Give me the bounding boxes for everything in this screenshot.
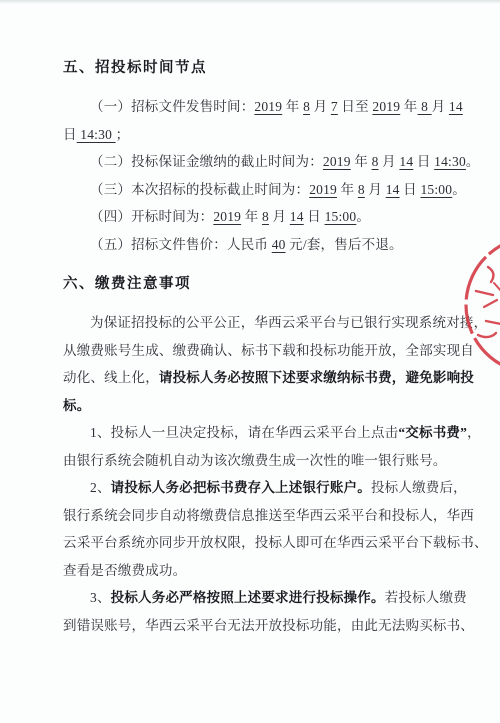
- doc-text: 银行系统会同步自动将缴费信息推送至华西云采平台和投标人，华西: [63, 508, 474, 523]
- doc-text: 日: [304, 209, 325, 224]
- doc-text: 月: [269, 209, 290, 224]
- doc-text: 为保证招投标的公平公正，华西云采平台与已银行实现系统对接，: [90, 315, 487, 330]
- doc-text: “交标书费”: [398, 425, 467, 440]
- filled-in-value: 15:00: [420, 182, 452, 197]
- doc-line: 到错误账号，华西云采平台无法开放投标功能，由此无法购买标书、: [63, 612, 472, 640]
- filled-in-value: 7: [331, 99, 338, 114]
- doc-text: （三）本次招标的投标截止时间为：: [90, 182, 309, 197]
- doc-text: 由银行系统会随机自动为该次缴费生成一次性的唯一银行账号。: [63, 453, 447, 468]
- doc-line: 1、投标人一旦决定投标，请在华西云采平台上点击“交标书费”，: [63, 419, 472, 447]
- doc-text: 元/套，售后不退。: [286, 237, 403, 252]
- filled-in-value: 8: [418, 99, 432, 114]
- document-section: 五、招投标时间节点（一）招标文件发售时间：2019 年 8 月 7 日至 201…: [63, 56, 472, 258]
- scan-edge-artifact: [0, 0, 500, 4]
- doc-line: （一）招标文件发售时间：2019 年 8 月 7 日至 2019 年 8 月 1…: [63, 93, 472, 121]
- doc-line: 日 14:30 ；: [63, 121, 472, 149]
- doc-text: （五）招标文件售价：人民币: [90, 237, 272, 252]
- doc-line: 查看是否缴费成功。: [63, 557, 472, 585]
- doc-text: 云采平台系统亦同步开放权限，投标人即可在华西云采平台下载标书、: [63, 535, 488, 550]
- doc-text: 日: [63, 127, 77, 142]
- doc-line: 由银行系统会随机自动为该次缴费生成一次性的唯一银行账号。: [63, 447, 472, 475]
- doc-text: ；: [116, 127, 130, 142]
- scanned-document-page: 五、招投标时间节点（一）招标文件发售时间：2019 年 8 月 7 日至 201…: [0, 0, 500, 723]
- section-heading: 五、招投标时间节点: [63, 56, 472, 77]
- doc-text: （一）招标文件发售时间：: [90, 99, 254, 114]
- filled-in-value: 8: [262, 209, 269, 224]
- filled-in-value: 14: [290, 209, 304, 224]
- doc-text: 投标人缴费后，: [371, 480, 467, 495]
- doc-line: 从缴费账号生成、缴费确认、标书下载和投标功能开放，全部实现自: [63, 337, 472, 365]
- doc-text: 月: [432, 99, 449, 114]
- doc-line: （四）开标时间为：2019 年 8 月 14 日 15:00。: [63, 203, 472, 231]
- filled-in-value: 14: [449, 99, 463, 114]
- doc-text: 1、投标人一旦决定投标，请在华西云采平台上点击: [90, 425, 398, 440]
- doc-text: 查看是否缴费成功。: [63, 563, 186, 578]
- doc-line: 为保证招投标的公平公正，华西云采平台与已银行实现系统对接，: [63, 309, 472, 337]
- doc-text: 投标人务必严格按照上述要求进行投标操作。: [111, 590, 385, 605]
- doc-line: 云采平台系统亦同步开放权限，投标人即可在华西云采平台下载标书、: [63, 529, 472, 557]
- doc-text: 若投标人缴费: [385, 590, 467, 605]
- doc-text: 从缴费账号生成、缴费确认、标书下载和投标功能开放，全部实现自: [63, 343, 474, 358]
- doc-text: 。: [356, 209, 370, 224]
- doc-text: 日: [400, 182, 421, 197]
- doc-line: 标。: [63, 392, 472, 420]
- doc-text: 月: [379, 154, 400, 169]
- doc-line: （三）本次招标的投标截止时间为：2019 年 8 月 14 日 15:00。: [63, 176, 472, 204]
- filled-in-value: 14:30: [77, 127, 116, 142]
- doc-text: 请投标人务必按照下述要求缴纳标书费，避免影响投: [159, 370, 474, 385]
- filled-in-value: 2019: [213, 209, 241, 224]
- doc-text: 。: [466, 154, 480, 169]
- doc-line: （五）招标文件售价：人民币 40 元/套，售后不退。: [63, 231, 472, 259]
- filled-in-value: 8: [358, 182, 365, 197]
- doc-text: 年: [241, 209, 262, 224]
- doc-line: 银行系统会同步自动将缴费信息推送至华西云采平台和投标人，华西: [63, 502, 472, 530]
- doc-text: 3、: [90, 590, 111, 605]
- doc-text: （四）开标时间为：: [90, 209, 213, 224]
- doc-line: 动化、线上化，请投标人务必按照下述要求缴纳标书费，避免影响投: [63, 364, 472, 392]
- doc-text: 年: [351, 154, 372, 169]
- doc-text: 月: [310, 99, 331, 114]
- filled-in-value: 40: [272, 237, 286, 252]
- doc-text: 标。: [63, 398, 90, 413]
- filled-in-value: 8: [303, 99, 310, 114]
- doc-text: （二）投标保证金缴纳的截止时间为：: [90, 154, 323, 169]
- filled-in-value: 15:00: [325, 209, 357, 224]
- filled-in-value: 2019: [309, 182, 337, 197]
- doc-text: 请投标人务必把标书费存入上述银行账户。: [111, 480, 371, 495]
- doc-text: 年: [282, 99, 303, 114]
- doc-text: 日至: [338, 99, 373, 114]
- doc-text: ，: [467, 425, 481, 440]
- filled-in-value: 8: [372, 154, 379, 169]
- filled-in-value: 2019: [254, 99, 282, 114]
- doc-line: 2、请投标人务必把标书费存入上述银行账户。投标人缴费后，: [63, 474, 472, 502]
- doc-text: 年: [400, 99, 417, 114]
- doc-text: 2、: [90, 480, 111, 495]
- filled-in-value: 2019: [372, 99, 400, 114]
- doc-text: 。: [452, 182, 466, 197]
- document-section: 六、缴费注意事项为保证招投标的公平公正，华西云采平台与已银行实现系统对接，从缴费…: [63, 272, 472, 639]
- doc-text: 月: [365, 182, 386, 197]
- filled-in-value: 14: [399, 154, 413, 169]
- doc-line: （二）投标保证金缴纳的截止时间为：2019 年 8 月 14 日 14:30。: [63, 148, 472, 176]
- filled-in-value: 2019: [323, 154, 351, 169]
- filled-in-value: 14:30: [434, 154, 466, 169]
- document-body: 五、招投标时间节点（一）招标文件发售时间：2019 年 8 月 7 日至 201…: [0, 0, 500, 639]
- doc-line: 3、投标人务必严格按照上述要求进行投标操作。若投标人缴费: [63, 584, 472, 612]
- filled-in-value: 14: [386, 182, 400, 197]
- doc-text: 到错误账号，华西云采平台无法开放投标功能，由此无法购买标书、: [63, 618, 474, 633]
- section-heading: 六、缴费注意事项: [63, 272, 472, 293]
- doc-text: 日: [413, 154, 434, 169]
- doc-text: 动化、线上化，: [63, 370, 159, 385]
- doc-text: 年: [337, 182, 358, 197]
